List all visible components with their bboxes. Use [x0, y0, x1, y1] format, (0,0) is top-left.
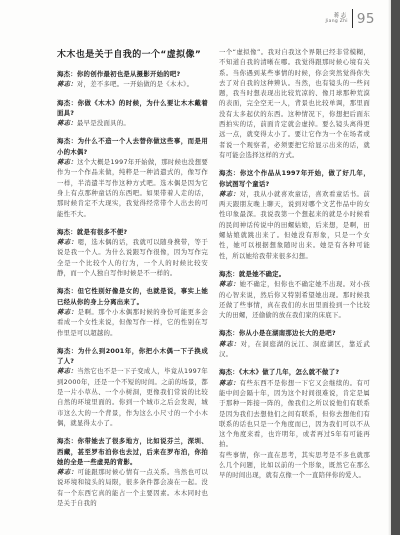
article-body: 木木也是关于自我的一个“虚拟像” 海杰：你的创作最初也是从摄影开始的吧?蒋志：对…: [57, 47, 370, 508]
qa-block: 一个“虚拟像”。我对自我这个界限已经非常模糊，不知道自我的清晰在哪。我觉得跟那时…: [219, 47, 370, 160]
answer-speaker: 蒋志：: [219, 379, 240, 387]
page-number: 95: [357, 11, 375, 27]
qa-block: 海杰：你这个作品从1997年开始，做了好几年，你试图写个童话?蒋志：对，我从小就…: [219, 168, 370, 261]
question: 海杰：你从小是在湖南那边长大的是吧?: [219, 328, 370, 338]
qa-block: 海杰：《木木》做了几年，怎么就不做了?蒋志：有些东西不是你想一下它又会继续的。有…: [219, 367, 370, 480]
answer-speaker: 蒋志：: [219, 190, 240, 198]
answer: 蒋志：她不确定，但你也不确定她不出现。对小孩的心智来说，然后你又特别希望她出现。…: [219, 279, 370, 320]
answer: 蒋志：对，差不多吧。一开始做的是《木木》。: [57, 79, 208, 89]
question: 海杰：你做《木木》的时候，为什么要让木木戴着面具?: [57, 98, 208, 119]
header-divider: [352, 9, 353, 28]
answer: 蒋志：可能跟那时候心情有一点关系。当然也可以说环境和镜头的局限，很多条件都会凑在…: [57, 467, 208, 508]
answer-continuation: 一个“虚拟像”。我对自我这个界限已经非常模糊，不知道自我的清晰在哪。我觉得跟那时…: [219, 47, 370, 160]
left-column: 木木也是关于自我的一个“虚拟像” 海杰：你的创作最初也是从摄影开始的吧?蒋志：对…: [57, 47, 208, 508]
answer-speaker: 蒋志：: [57, 238, 78, 246]
answer-speaker: 蒋志：: [57, 308, 78, 316]
artist-name: 蒋志 Jiang Zhi: [325, 13, 347, 24]
answer: 蒋志：是啊。那个小木偶那时候的身份可能更多会看成一个女性来说，但像写作一样，它的…: [57, 307, 208, 338]
answer: 蒋志：对，我从小就喜欢童话，喜欢看童话书。前两天跟朋友晚上聊天，说到对哪个文艺作…: [219, 189, 370, 261]
artist-name-en: Jiang Zhi: [325, 19, 347, 24]
answer: 蒋志：有些东西不是你想一下它又会继续的。有可能中间会隔十年，因为这个时间很难说，…: [219, 378, 370, 450]
answer: 蒋志：这个大概是1997年开始做，那时候也没想要作为一个作品来做，纯粹是一种消遣…: [57, 157, 208, 219]
question: 海杰：但它性别好像是女的，也就是说，事实上她已经从你的身上分离出来了。: [57, 286, 208, 307]
answer-speaker: 蒋志：: [219, 340, 241, 348]
question: 海杰：《木木》做了几年，怎么就不做了?: [219, 367, 370, 377]
answer-speaker: 蒋志：: [57, 468, 78, 476]
qa-block: 海杰：你做《木木》的时候，为什么要让木木戴着面具?蒋志：最早是没面具的。: [57, 98, 208, 129]
page-edge-bar: [391, 0, 400, 535]
answer-speaker: 蒋志：: [57, 119, 77, 127]
question: 海杰：就是有很多不便?: [57, 227, 208, 237]
answer-second-paragraph: 有些事情，你一直在思考，其实思考是不多也就那么几个问题，比如以前的一个形象，既然…: [219, 450, 370, 481]
qa-block: 海杰：就是她不确定。蒋志：她不确定，但你也不确定她不出现。对小孩的心智来说，然后…: [219, 269, 370, 320]
question: 海杰：为什么到2001年，你把小木偶一下子换成了人?: [57, 346, 208, 367]
qa-block: 海杰：就是有很多不便?蒋志：嗯，选木偶的话，我就可以随身携带，等于说是我一个人。…: [57, 227, 208, 278]
right-column: 一个“虚拟像”。我对自我这个界限已经非常模糊，不知道自我的清晰在哪。我觉得跟那时…: [219, 47, 370, 508]
answer: 蒋志：当然它也不是一下子变成人，毕竟从1997年到2000年，还是一个不短的时间…: [57, 366, 208, 428]
answer-speaker: 蒋志：: [57, 158, 77, 166]
page-header: 蒋志 Jiang Zhi 95: [325, 9, 375, 28]
article-title: 木木也是关于自我的一个“虚拟像”: [57, 47, 208, 60]
qa-block: 海杰：为什么到2001年，你把小木偶一下子换成了人?蒋志：当然它也不是一下子变成…: [57, 346, 208, 428]
qa-block: 海杰：你从小是在湖南那边长大的是吧?蒋志：对，在洞庭湖的沅江、洞庭湖区，靠近武汉…: [219, 328, 370, 359]
question: 海杰：为什么不造一个人去替你做这些事，而是用小的木偶?: [57, 136, 208, 157]
qa-block: 海杰：你带她去了很多地方，比如说芬兰，深圳、西藏，甚至罗布泊你也去过，后来在罗布…: [57, 436, 208, 508]
answer-speaker: 蒋志：: [57, 80, 77, 88]
answer: 蒋志：嗯，选木偶的话，我就可以随身携带，等于说是我一个人。为什么说跟写作很像，因…: [57, 237, 208, 278]
question: 海杰：你的创作最初也是从摄影开始的吧?: [57, 69, 208, 79]
answer-speaker: 蒋志：: [219, 280, 240, 288]
qa-block: 海杰：为什么不造一个人去替你做这些事，而是用小的木偶?蒋志：这个大概是1997年…: [57, 136, 208, 218]
qa-block: 海杰：但它性别好像是女的，也就是说，事实上她已经从你的身上分离出来了。蒋志：是啊…: [57, 286, 208, 337]
qa-block: 海杰：你的创作最初也是从摄影开始的吧?蒋志：对，差不多吧。一开始做的是《木木》。: [57, 69, 208, 90]
question: 海杰：你带她去了很多地方，比如说芬兰，深圳、西藏，甚至罗布泊你也去过，后来在罗布…: [57, 436, 208, 467]
answer-speaker: 蒋志：: [57, 367, 77, 375]
question: 海杰：你这个作品从1997年开始，做了好几年，你试图写个童话?: [219, 168, 370, 189]
answer: 蒋志：对，在洞庭湖的沅江、洞庭湖区，靠近武汉。: [219, 339, 370, 360]
question: 海杰：就是她不确定。: [219, 269, 370, 279]
answer: 蒋志：最早是没面具的。: [57, 118, 208, 128]
